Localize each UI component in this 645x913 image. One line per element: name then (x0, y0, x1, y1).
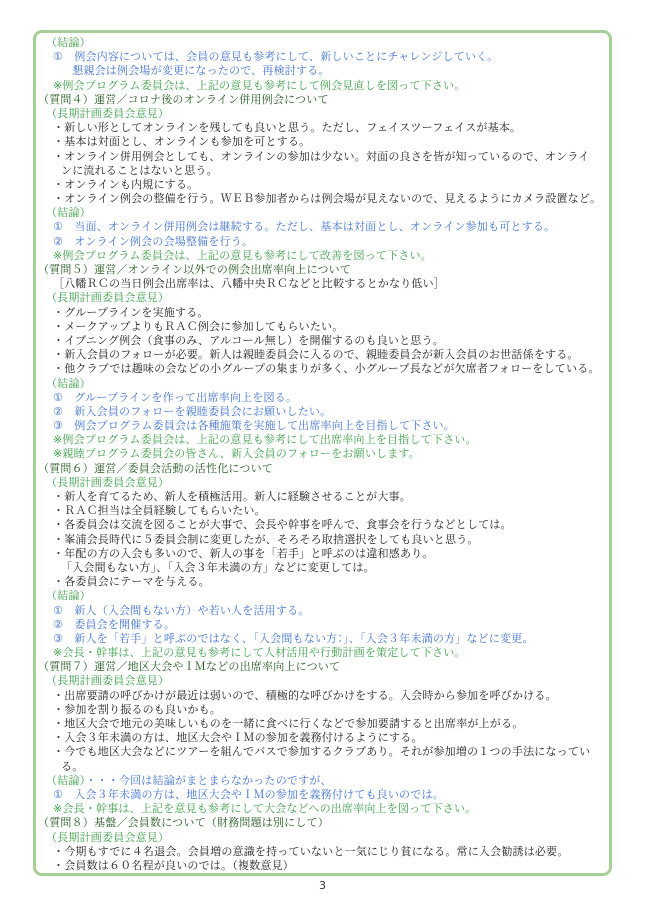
text-segment: ・グループラインを実施する。 (53, 306, 209, 319)
text-line: （結論） (36, 589, 609, 603)
text-line: ・ＲＡＣ担当は全員経験してもらいたい。 (36, 504, 609, 518)
text-line: （質問６）運営／委員会活動の活性化について (36, 462, 609, 476)
text-segment: ・・・今回は結論がまとまらなかったのですが、 (85, 774, 331, 787)
text-line: （長期計画委員会意見） (36, 291, 609, 305)
text-segment: （質問４）運営／コロナ後のオンライン併用例会について (38, 93, 329, 106)
text-line: ・会員数は６０名程が良いのでは。（複数意見） (36, 859, 609, 873)
text-line: ① グループラインを作って出席率向上を図る。 (36, 391, 609, 405)
text-line: ※親睦プログラム委員会の皆さん、新入会員のフォローをお願いします。 (36, 447, 609, 461)
text-segment: ・会員数は６０名程が良いのでは。（複数意見） (53, 859, 294, 872)
text-segment: （質問５）運営／オンライン以外での例会出席率向上について (38, 263, 351, 276)
text-segment: （質問６）運営／委員会活動の活性化について (38, 462, 273, 475)
text-segment: （結論） (46, 774, 85, 787)
text-line: ・オンライン併用例会としても、オンラインの参加は少ない。対面の良さを皆が知ってい… (36, 150, 609, 164)
text-line: ・参加を割り振るのも良いかも。 (36, 703, 609, 717)
text-segment: ・新しい形としてオンラインを残しても良いと思う。ただし、フェイスツーフェイスが基… (53, 121, 521, 134)
text-line: ・グループラインを実施する。 (36, 306, 609, 320)
text-line: （長期計画委員会意見） (36, 476, 609, 490)
text-segment: ［八幡ＲＣの当日例会出席率は、八幡中央ＲＣなどと比較するとかなり低い］ (53, 277, 445, 290)
text-segment: ② 新入会員のフォローを親睦委員会にお願いしたい。 (53, 405, 331, 418)
text-line: ・入会３年未満の方は、地区大会やＩＭの参加を義務付けるようにする。 (36, 731, 609, 745)
text-segment: ・新人を育てるため、新人を積極活用。新人に経験させることが大事。 (53, 490, 411, 503)
text-line: ・今期もすでに４名退会。会員増の意識を持っていないと一気にじり貧になる。常に入会… (36, 845, 609, 859)
text-segment: ・各委員会は交流を図ることが大事で、会長や幹事を呼んで、食事会を行うなどとしては… (53, 518, 512, 531)
text-line: ・年配の方の入会も多いので、新人の事を「若手」と呼ぶのは違和感あり。 (36, 547, 609, 561)
document-content: （結論）① 例会内容については、会員の意見も参考にして、新しいことにチャレンジし… (36, 33, 609, 873)
document-border-box: （結論）① 例会内容については、会員の意見も参考にして、新しいことにチャレンジし… (33, 30, 612, 876)
text-line: ・新人を育てるため、新人を積極活用。新人に経験させることが大事。 (36, 490, 609, 504)
text-line: ① 当面、オンライン併用例会は継続する。ただし、基本は対面とし、オンライン参加も… (36, 220, 609, 234)
text-line: （質問５）運営／オンライン以外での例会出席率向上について (36, 263, 609, 277)
text-line: （質問４）運営／コロナ後のオンライン併用例会について (36, 93, 609, 107)
text-line: ンに流れることはないと思う。 (36, 164, 609, 178)
text-segment: ・オンラインも内規にする。 (53, 178, 198, 191)
text-segment: ・他クラブでは趣味の会などの小グループの集まりが多く、小グループ長などが欠席者フ… (53, 362, 600, 375)
text-segment: ・オンライン例会の整備を行う。ＷＥＢ参加者からは例会場が見えないので、見えるよう… (53, 192, 601, 205)
text-line: ① 新人（入会間もない方）や若い人を活用する。 (36, 604, 609, 618)
text-segment: ① グループラインを作って出席率向上を図る。 (53, 391, 297, 404)
text-segment: （長期計画委員会意見） (46, 476, 169, 489)
text-line: ・各委員会にテーマを与える。 (36, 575, 609, 589)
text-line: ・新しい形としてオンラインを残しても良いと思う。ただし、フェイスツーフェイスが基… (36, 121, 609, 135)
text-line: （結論） (36, 206, 609, 220)
text-line: ・新入会員のフォローが必要。新人は親睦委員会に入るので、親睦委員会が新入会員のお… (36, 348, 609, 362)
text-segment: ※会長・幹事は、上記の意見も参考にして人材活用や行動計画を策定して下さい。 (53, 646, 466, 659)
text-segment: ② 委員会を開催する。 (53, 618, 175, 631)
text-segment: （結論） (46, 36, 91, 49)
text-segment: （結論） (46, 589, 91, 602)
text-segment: ・参加を割り振るのも良いかも。 (53, 703, 221, 716)
text-line: ※例会プログラム委員会は、上記の意見も参考にして例会見直しを図って下さい。 (36, 79, 609, 93)
text-line: （長期計画委員会意見） (36, 674, 609, 688)
text-segment: （質問８）基盤／会員数について（財務問題は別にして） (38, 816, 329, 829)
text-line: ※例会プログラム委員会は、上記の意見も参考にして改善を図って下さい。 (36, 249, 609, 263)
text-segment: ※会長・幹事は、上記を意見も参考にして大会などへの出席率向上を図って下さい。 (53, 802, 476, 815)
text-segment: ・新入会員のフォローが必要。新人は親睦委員会に入るので、親睦委員会が新入会員のお… (53, 348, 579, 361)
text-segment: ① 当面、オンライン併用例会は継続する。ただし、基本は対面とし、オンライン参加も… (53, 220, 555, 233)
text-segment: ・入会３年未満の方は、地区大会やＩＭの参加を義務付けるようにする。 (53, 731, 423, 744)
text-segment: （長期計画委員会意見） (46, 107, 169, 120)
text-line: ※会長・幹事は、上記を意見も参考にして大会などへの出席率向上を図って下さい。 (36, 802, 609, 816)
text-line: ・基本は対面とし、オンラインも参加を可とする。 (36, 135, 609, 149)
text-segment: ① 例会内容については、会員の意見も参考にして、新しいことにチャレンジしていく。 (53, 50, 498, 63)
text-segment: ・今でも地区大会などにツアーを組んでバスで参加するクラブあり。それが参加増の１つ… (53, 745, 590, 758)
text-segment: ※例会プログラム委員会は、上記の意見も参考にして出席率向上を目指して下さい。 (53, 433, 477, 446)
text-segment: ※親睦プログラム委員会の皆さん、新入会員のフォローをお願いします。 (53, 447, 420, 460)
text-line: る。 (36, 760, 609, 774)
text-segment: ・年配の方の入会も多いので、新人の事を「若手」と呼ぶのは違和感あり。 (53, 547, 434, 560)
text-segment: ・今期もすでに４名退会。会員増の意識を持っていないと一気にじり貧になる。常に入会… (53, 845, 569, 858)
text-segment: ① 新人（入会間もない方）や若い人を活用する。 (53, 604, 309, 617)
text-line: ② 委員会を開催する。 (36, 618, 609, 632)
text-line: 懇親会は例会場が変更になったので、再検討する。 (36, 64, 609, 78)
text-segment: 「入会間もない方」、「入会３年未満の方」などに変更しては。 (61, 561, 375, 574)
text-line: ③ 新人を「若手」と呼ぶのではなく、「入会間もない方：」、「入会３年未満の方」な… (36, 632, 609, 646)
text-segment: ・出席要請の呼びかけが最近は弱いので、積極的な呼びかけをする。入会時から参加を呼… (53, 689, 557, 702)
text-line: （長期計画委員会意見） (36, 831, 609, 845)
text-segment: （結論） (46, 206, 91, 219)
text-line: ・イブニング例会（食事のみ、アルコール無し）を開催するのも良いと思う。 (36, 334, 609, 348)
text-segment: ・地区大会で地元の美味しいものを一緒に食べに行くなどで参加要請すると出席率が上が… (53, 717, 523, 730)
text-line: ・メークアップよりもＲＡＣ例会に参加してもらいたい。 (36, 320, 609, 334)
text-segment: ンに流れることはないと思う。 (61, 164, 218, 177)
text-segment: 懇親会は例会場が変更になったので、再検討する。 (61, 64, 330, 77)
text-line: ① 例会内容については、会員の意見も参考にして、新しいことにチャレンジしていく。 (36, 50, 609, 64)
text-segment: （長期計画委員会意見） (46, 291, 169, 304)
text-line: ・地区大会で地元の美味しいものを一緒に食べに行くなどで参加要請すると出席率が上が… (36, 717, 609, 731)
text-line: ［八幡ＲＣの当日例会出席率は、八幡中央ＲＣなどと比較するとかなり低い］ (36, 277, 609, 291)
text-line: ・出席要請の呼びかけが最近は弱いので、積極的な呼びかけをする。入会時から参加を呼… (36, 689, 609, 703)
text-line: ・峯浦会長時代に５委員会制に変更したが、そろそろ取捨選択をしても良いと思う。 (36, 533, 609, 547)
text-line: ・各委員会は交流を図ることが大事で、会長や幹事を呼んで、食事会を行うなどとしては… (36, 518, 609, 532)
text-segment: （長期計画委員会意見） (46, 831, 169, 844)
text-line: ・他クラブでは趣味の会などの小グループの集まりが多く、小グループ長などが欠席者フ… (36, 362, 609, 376)
text-line: （長期計画委員会意見） (36, 107, 609, 121)
text-line: ・今でも地区大会などにツアーを組んでバスで参加するクラブあり。それが参加増の１つ… (36, 745, 609, 759)
text-line: （結論）・・・今回は結論がまとまらなかったのですが、 (36, 774, 609, 788)
text-segment: （長期計画委員会意見） (46, 674, 169, 687)
text-line: ② オンライン例会の会場整備を行う。 (36, 235, 609, 249)
text-line: ① 入会３年未満の方は、地区大会やＩＭの参加を義務付けても良いのでは。 (36, 788, 609, 802)
text-segment: ① 入会３年未満の方は、地区大会やＩＭの参加を義務付けても良いのでは。 (53, 788, 444, 801)
text-segment: ※例会プログラム委員会は、上記の意見も参考にして例会見直しを図って下さい。 (53, 79, 466, 92)
text-line: ② 新入会員のフォローを親睦委員会にお願いしたい。 (36, 405, 609, 419)
text-segment: ・メークアップよりもＲＡＣ例会に参加してもらいたい。 (53, 320, 343, 333)
text-segment: ・オンライン併用例会としても、オンラインの参加は少ない。対面の良さを皆が知ってい… (53, 150, 589, 163)
text-segment: ・各委員会にテーマを与える。 (53, 575, 210, 588)
text-segment: ・イブニング例会（食事のみ、アルコール無し）を開催するのも良いと思う。 (53, 334, 444, 347)
text-line: （質問８）基盤／会員数について（財務問題は別にして） (36, 816, 609, 830)
page-number: 3 (0, 879, 645, 892)
text-segment: ・峯浦会長時代に５委員会制に変更したが、そろそろ取捨選択をしても良いと思う。 (53, 533, 479, 546)
text-line: ・オンライン例会の整備を行う。ＷＥＢ参加者からは例会場が見えないので、見えるよう… (36, 192, 609, 206)
text-line: （結論） (36, 377, 609, 391)
text-line: ・オンラインも内規にする。 (36, 178, 609, 192)
text-line: ※会長・幹事は、上記の意見も参考にして人材活用や行動計画を策定して下さい。 (36, 646, 609, 660)
text-line: ※例会プログラム委員会は、上記の意見も参考にして出席率向上を目指して下さい。 (36, 433, 609, 447)
text-line: （結論） (36, 36, 609, 50)
text-segment: （結論） (46, 377, 91, 390)
text-segment: る。 (61, 760, 83, 773)
text-segment: ③ 例会プログラム委員会は各種施策を実施して出席率向上を目指して下さい。 (53, 419, 455, 432)
text-segment: ③ 新人を「若手」と呼ぶのではなく、「入会間もない方：」、「入会３年未満の方」な… (53, 632, 534, 645)
text-segment: ・基本は対面とし、オンラインも参加を可とする。 (53, 135, 310, 148)
text-segment: （質問７）運営／地区大会やＩＭなどの出席率向上について (38, 660, 340, 673)
text-line: （質問７）運営／地区大会やＩＭなどの出席率向上について (36, 660, 609, 674)
text-line: ③ 例会プログラム委員会は各種施策を実施して出席率向上を目指して下さい。 (36, 419, 609, 433)
text-segment: ※例会プログラム委員会は、上記の意見も参考にして改善を図って下さい。 (53, 249, 432, 262)
text-segment: ・ＲＡＣ担当は全員経験してもらいたい。 (53, 504, 266, 517)
text-line: 「入会間もない方」、「入会３年未満の方」などに変更しては。 (36, 561, 609, 575)
text-segment: ② オンライン例会の会場整備を行う。 (53, 235, 253, 248)
